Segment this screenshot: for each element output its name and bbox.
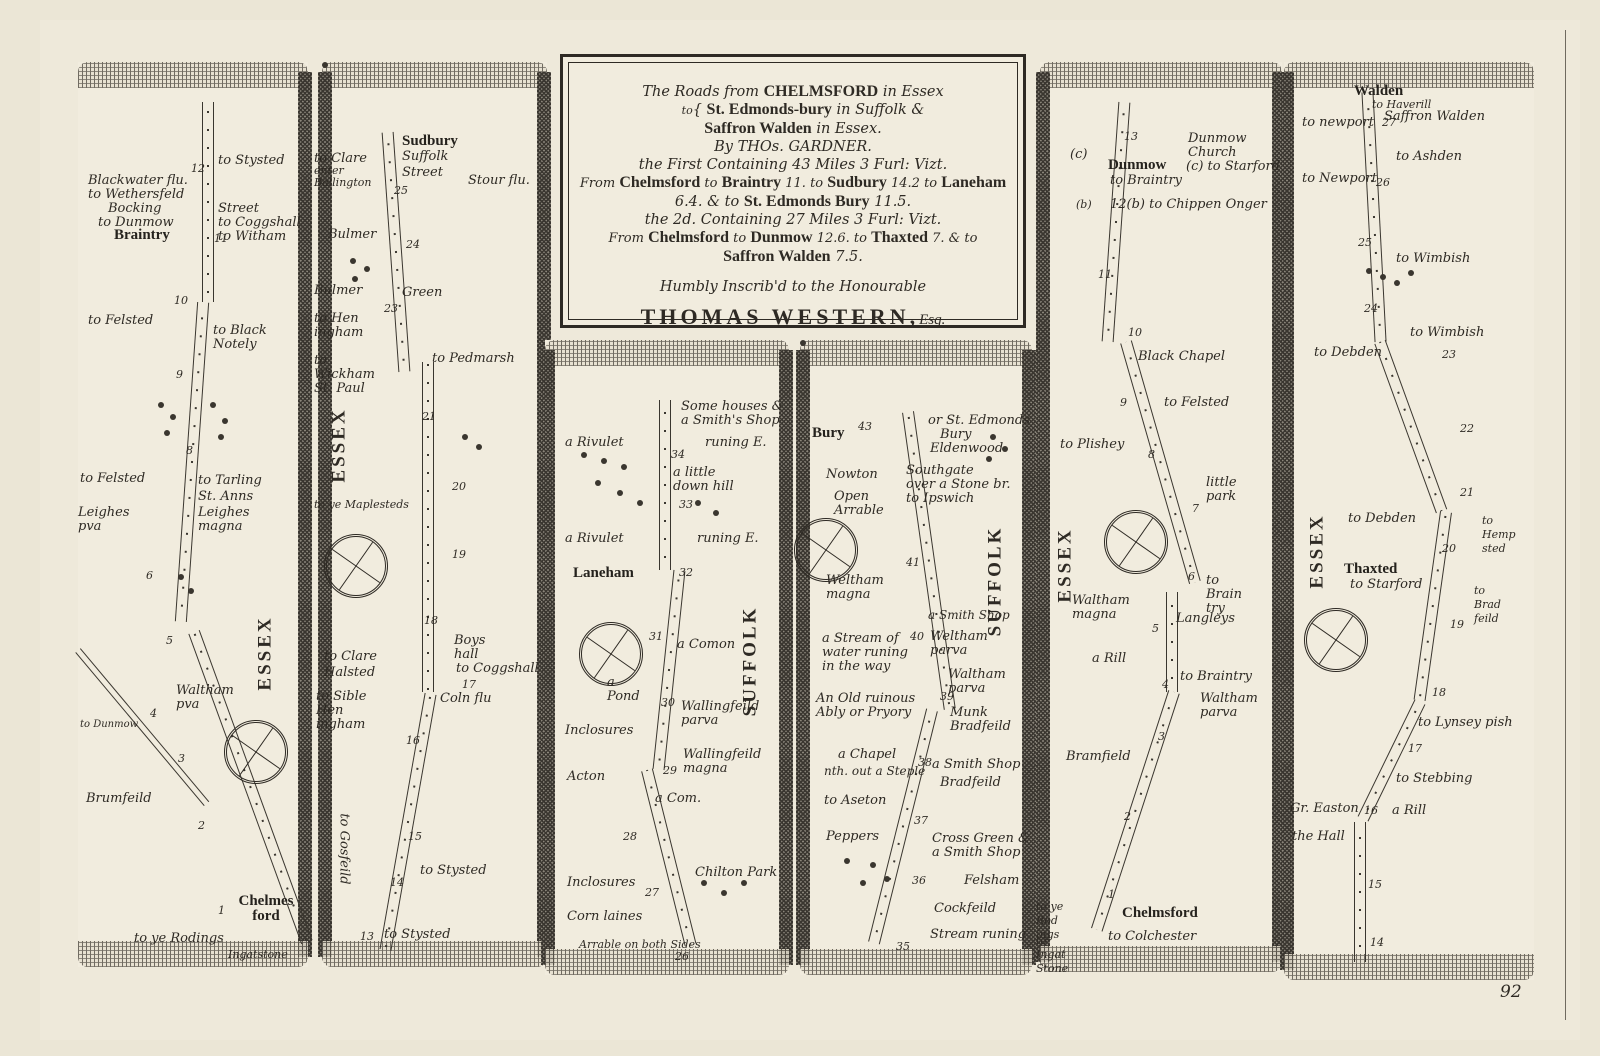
route-town: Saffron Walden [723,248,830,265]
place-label: Langleys [1176,612,1235,626]
tree-icon [178,574,184,580]
place-label: (c) [1070,148,1087,162]
place-label: (c) to Starford [1186,160,1280,174]
place-label: to Felsted [88,314,153,328]
scroll-border [1022,350,1036,965]
compass-rose [1304,608,1368,672]
place-label: to Wimbish [1396,252,1470,266]
destination-1-county: in Suffolk & [837,102,925,118]
tree-icon [601,458,607,464]
road [1166,592,1178,692]
place-label: Bulmer [328,228,376,242]
route-town: Chelmsford [648,229,729,246]
place-label: (b) [1076,198,1092,212]
mile-marker: 33 [679,498,693,511]
place-label: Wallingfeild parva [681,700,761,728]
origin-county: in Essex [883,84,944,100]
place-label: to Wimbish [1410,326,1484,340]
mile-marker: 35 [896,940,910,953]
mile-marker: 9 [1120,396,1127,409]
place-label: nth. out a Steple [824,764,925,778]
road-strip-6: Walden to Haverill Saffron Walden to new… [1284,62,1534,980]
route-town: Thaxted [871,229,928,246]
title-cartouche: The Roads from CHELMSFORD in Essex to{ S… [560,54,1026,328]
road [1354,822,1366,962]
place-label: to Stysted [420,864,487,878]
scroll-border [318,72,332,957]
tree-icon [581,452,587,458]
mile-marker: 11 [1098,268,1112,281]
route-distance: 14.2 to [891,176,937,191]
tree-icon [713,510,719,516]
place-label: Saffron Walden [1384,110,1485,124]
place-label: to Stebbing [1396,772,1473,786]
scroll-roll-bottom [545,949,789,975]
mile-marker: 17 [1408,742,1422,755]
place-label: to Braintry [1110,174,1182,188]
place-label: a Rill [1092,652,1126,666]
mile-marker: 38 [918,756,932,769]
mile-marker: 16 [406,734,420,747]
dedicatee-line: THOMAS WESTERN,Esq. [569,304,1017,330]
road [202,102,214,302]
mile-marker: 23 [384,302,398,315]
place-label: Weltham parva [930,630,990,658]
mile-marker: 27 [645,886,659,899]
place-label: to Pedmarsh [432,352,515,366]
place-label: Waltham magna [1072,594,1142,622]
place-label: a Com. [655,792,701,806]
place-label: to Sible Hen ingham [316,690,396,732]
place-label: St. Anns [198,490,253,504]
title-text: The Roads from [642,84,759,100]
place-label: Felsham [964,874,1019,888]
place-label: to Stysted [384,928,451,942]
place-label: Bocking [108,202,161,216]
route-text: to [704,176,717,191]
mile-marker: 43 [858,420,872,433]
scroll-roll-top [78,62,308,88]
mile-marker: 15 [408,830,422,843]
place-label: Wallingfeild magna [683,748,763,776]
county-label: ESSEX [1055,527,1077,602]
place-label: Waltham parva [948,668,1008,696]
compass-rose [324,534,388,598]
mile-marker: 30 [661,696,675,709]
route-town: Chelmsford [619,174,700,191]
road [659,400,671,570]
mile-marker: 1 [1108,888,1115,901]
place-label: runing E. [705,436,767,450]
tree-icon [637,500,643,506]
place-label: to Black Notely [213,324,273,352]
tree-icon [1002,446,1008,452]
place-label: a Pond [607,676,637,704]
tree-icon [350,258,356,264]
route-town: Laneham [941,174,1006,191]
mile-marker: 13 [1124,130,1138,143]
tree-icon [844,858,850,864]
place-label: to Starford [1350,578,1422,592]
second-road-route: From Chelmsford to Dunmow 12.6. to Thaxt… [569,229,1017,248]
place-label: Halsted [324,666,375,680]
tree-icon [1394,280,1400,286]
place-label: Munk Bradfeild [950,706,1010,734]
mile-marker: 20 [1442,542,1456,555]
mile-marker: 2 [198,819,205,832]
place-label: to Hen ingham [314,312,364,340]
route-town: Dunmow [750,229,812,246]
title-line-3: Saffron Walden in Essex. [569,120,1017,138]
place-label: Street [402,166,443,180]
mile-marker: 32 [679,566,693,579]
mile-marker: 41 [906,556,920,569]
tree-icon [218,434,224,440]
route-distance: 11.5. [874,194,911,210]
county-label: ESSEX [329,407,351,482]
scroll-border [796,350,810,965]
place-label: to Debden [1348,512,1416,526]
place-label: a Stream of water runing in the way [822,632,922,674]
mile-marker: 3 [178,752,185,765]
route-distance: 7. & to [932,231,977,246]
town-label: Sudbury [402,134,458,149]
mile-marker: 14 [1370,936,1384,949]
place-label: Bradfeild [940,776,1001,790]
place-label: to Newport [1302,172,1377,186]
place-label: Chilton Park [695,866,777,880]
place-label: Stream runing [930,928,1026,942]
place-label: a Rill [1392,804,1426,818]
place-label: to Gosfeild [337,813,351,884]
place-label: Green [402,286,442,300]
tree-icon [222,418,228,424]
place-label: Bramfield [1066,750,1131,764]
place-label: Corn laines [567,910,642,924]
route-text: to [733,231,746,246]
place-label: to Witham [218,230,286,244]
mile-marker: 17 [462,678,476,691]
mile-marker: 23 [1442,348,1456,361]
mile-marker: 2 [1124,810,1131,823]
compass-rose [224,720,288,784]
to-text: to [682,104,693,117]
route-town: Braintry [722,174,782,191]
town-label: Thaxted [1344,562,1397,577]
route-distance: 7.5. [835,249,863,265]
mile-marker: 16 [1364,804,1378,817]
tree-icon [158,402,164,408]
place-label: Leighes magna [198,506,268,534]
route-text: From [609,231,644,246]
scroll-border [541,350,555,965]
mile-marker: 25 [1358,236,1372,249]
tree-icon [990,434,996,440]
mile-marker: 7 [1192,502,1199,515]
place-label: to Aseton [824,794,886,808]
place-label: to Tarling [198,474,262,488]
mile-marker: 10 [1128,326,1142,339]
mile-marker: 4 [1162,678,1169,691]
place-label: Boys hall [454,634,494,662]
scroll-border [1036,72,1050,962]
dedication-line: Humbly Inscrib'd to the Honourable [569,278,1017,296]
place-label: to Stysted [218,154,285,168]
road [653,570,686,770]
place-label: a Rivulet [565,436,624,450]
town-label: Braintry [114,228,170,243]
road [1374,340,1447,513]
route-distance: 11. to [785,176,823,191]
place-label: Bury [940,428,971,442]
place-label: to Braintry [1180,670,1252,684]
place-label: to Felsted [80,472,145,486]
place-label: Stour flu. [468,174,530,188]
tree-icon [1366,268,1372,274]
mile-marker: 34 [671,448,685,461]
town-label: Chelmsford [1122,906,1198,921]
mile-marker: 40 [910,630,924,643]
scroll-roll-top [545,340,789,366]
place-label: Eldenwood [930,442,1003,456]
route-town: Sudbury [827,174,887,191]
tree-icon [986,456,992,462]
place-label: a Smith Shop [932,758,1020,772]
origin-town: CHELMSFORD [764,83,879,100]
town-label: Dunmow [1108,158,1166,173]
tree-icon [617,490,623,496]
tree-icon [170,414,176,420]
place-label: to Plishey [1060,438,1124,452]
scroll-roll-bottom [322,941,547,967]
scroll-roll-top [322,62,547,88]
place-label: a Smith Shop [932,846,1020,860]
tree-icon [870,862,876,868]
place-label: Southgate [906,464,974,478]
mile-marker: 1 [218,904,225,917]
place-label: to Dunmow [80,718,138,732]
destination-1: St. Edmonds-bury [707,101,832,118]
place-label: Inclosures [567,876,635,890]
mile-marker: 18 [424,614,438,627]
place-label: Waltham pva [176,684,226,712]
road [1091,690,1180,931]
plate-edge-line [1565,30,1566,1020]
first-road-summary: the First Containing 43 Miles 3 Furl: Vi… [569,156,1017,174]
mile-marker: 31 [649,630,663,643]
place-label: Cockfeild [934,902,996,916]
tree-icon [701,880,707,886]
mile-marker: 37 [914,814,928,827]
place-label: An Old ruinous Ably or Pryory [816,692,926,720]
mile-marker: 9 [176,368,183,381]
mile-marker: 14 [390,876,404,889]
tree-icon [595,480,601,486]
dedicatee-name: THOMAS WESTERN, [641,304,919,329]
scroll-border [298,72,312,957]
county-label: ESSEX [255,615,277,690]
mile-marker: 21 [1460,486,1474,499]
road-strip-4: Bury 43 or St. Edmonds Bury Eldenwood No… [800,340,1032,975]
mile-marker: 26 [675,950,689,963]
place-label: Open Arrable [834,490,884,518]
cartouche-inner-frame: The Roads from CHELMSFORD in Essex to{ S… [568,62,1018,320]
route-distance: 6.4. & to [675,194,739,210]
place-label: a Chapel [838,748,896,762]
mile-marker: 26 [1376,176,1390,189]
scroll-roll-bottom [800,949,1032,975]
place-label: to Brain try [1206,574,1256,616]
tree-icon [164,430,170,436]
town-label: Bury [812,426,845,441]
page-number: 92 [1500,982,1522,1002]
place-label: to Wickham St. Paul [314,354,374,396]
tree-icon [352,276,358,282]
place-label: Ingatstone [228,948,288,962]
route-distance: 12.6. to [817,231,867,246]
road [1414,511,1452,701]
tree-icon [188,588,194,594]
place-label: a Smith's Shop [681,414,780,428]
mile-marker: 39 [940,690,954,703]
mile-marker: 20 [452,480,466,493]
place-label: to Wethersfeld [88,188,184,202]
tree-icon [476,444,482,450]
mile-marker: 21 [422,410,436,423]
place-label: Bulmer [314,284,362,298]
place-label: Blackwater flu. [88,174,188,188]
place-label: Gr. Easton [1290,802,1359,816]
place-label: Nowton [826,468,878,482]
place-label: or St. Edmonds [928,414,1030,428]
county-label: ESSEX [1307,513,1329,588]
place-label: Cross Green & [932,832,1030,846]
mile-marker: 27 [1382,116,1396,129]
scroll-roll-bottom [1040,946,1282,972]
tree-icon [741,880,747,886]
place-label: Inclosures [565,724,633,738]
tree-icon [364,266,370,272]
mile-marker: 24 [1364,302,1378,315]
mile-marker: 8 [1148,448,1155,461]
place-label: to Coggshall [218,216,301,230]
mile-marker: 19 [1450,618,1464,631]
place-label: to Debden [1314,346,1382,360]
author-line: By THOs. GARDNER. [569,138,1017,156]
first-road-route: From Chelmsford to Braintry 11. to Sudbu… [569,174,1017,193]
place-label: over a Stone br. [906,478,1011,492]
mile-marker: 29 [663,764,677,777]
title-line-1: The Roads from CHELMSFORD in Essex [569,83,1017,101]
place-label: Dunmow Church [1188,132,1258,160]
place-label: Street [218,202,259,216]
place-label: to Colchester [1108,930,1196,944]
mile-marker: 18 [1432,686,1446,699]
place-label: a Rivulet [565,532,624,546]
place-label: runing E. [697,532,759,546]
place-label: Acton [567,770,605,784]
mile-marker: 24 [406,238,420,251]
place-label: to Ashden [1396,150,1462,164]
first-road-route-cont: 6.4. & to St. Edmonds Bury 11.5. [569,193,1017,211]
mile-marker: 15 [1368,878,1382,891]
mile-marker: 19 [452,548,466,561]
second-road-summary: the 2d. Containing 27 Miles 3 Furl: Vizt… [569,211,1017,229]
tree-icon [322,62,328,68]
place-label: Coln flu [440,692,491,706]
mile-marker: 8 [186,444,193,457]
place-label: to Ingat Stone [1036,934,1076,976]
mile-marker: 13 [360,930,374,943]
destination-2-county: in Essex. [816,121,881,137]
place-label: Brumfeild [86,792,152,806]
place-label: Weltham magna [826,574,886,602]
tree-icon [1380,274,1386,280]
place-label: little park [1206,476,1246,504]
place-label: to Ipswich [906,492,974,506]
place-label: to Hemp sted [1482,514,1522,556]
second-road-route-cont: Saffron Walden 7.5. [569,248,1017,266]
place-label: Ballington [314,176,371,190]
mile-marker: 3 [1158,730,1165,743]
place-label: Black Chapel [1138,350,1225,364]
tree-icon [210,402,216,408]
place-label: the Hall [1292,830,1345,844]
place-label: to Felsted [1164,396,1229,410]
place-label: to Lynsey pish [1418,716,1513,730]
mile-marker: 4 [150,707,157,720]
place-label: Waltham parva [1200,692,1270,720]
town-label: Chelmes ford [238,894,294,924]
scroll-roll-top [1040,62,1282,88]
mile-marker: 10 [174,294,188,307]
place-label: Some houses & [681,400,783,414]
place-label: Peppers [826,830,879,844]
place-label: a little down hill [673,466,753,494]
tree-icon [800,340,806,346]
destination-2: Saffron Walden [704,120,811,137]
place-label: 12(b) to Chippen Onger [1110,198,1267,212]
tree-icon [721,890,727,896]
compass-rose [1104,510,1168,574]
road-strip-3: Some houses & a Smith's Shop a Rivulet r… [545,340,789,975]
tree-icon [884,876,890,882]
dedicatee-suffix: Esq. [919,312,945,328]
mile-marker: 12 [191,162,205,175]
route-text: From [580,176,615,191]
place-label: a Smith Shop [928,608,1010,622]
mile-marker: 5 [1152,622,1159,635]
mile-marker: 6 [146,569,153,582]
scroll-roll-top [1284,62,1534,88]
tree-icon [462,434,468,440]
mile-marker: 36 [912,874,926,887]
place-label: Leighes pva [78,506,128,534]
place-label: a Comon [677,638,735,652]
route-town: St. Edmonds Bury [744,193,870,210]
tree-icon [621,464,627,470]
place-label: to Clare [324,650,377,664]
mile-marker: 5 [166,634,173,647]
town-label: Laneham [573,566,634,581]
road-strip-2: Sudbury Suffolk to Clare enter Ballingto… [322,62,547,967]
place-label: to Coggshall [456,662,539,676]
mile-marker: 6 [1188,570,1195,583]
mile-marker: 25 [394,184,408,197]
town-label: Walden [1354,84,1403,99]
place-label: to Brad feild [1474,584,1514,626]
scroll-roll-top [800,340,1032,366]
